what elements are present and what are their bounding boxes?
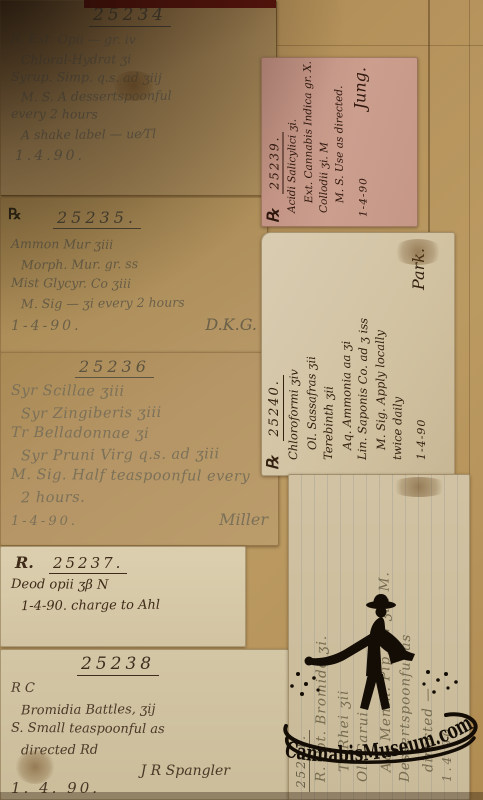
- prescription-number: 25237.: [49, 554, 128, 574]
- prescription-date: 1-4-90.: [11, 514, 78, 529]
- handwritten-line: Syr Zingiberis ʒiii: [21, 402, 272, 426]
- cannabis-museum-watermark: CannabisMuseum.com: [278, 588, 483, 788]
- handwritten-line: Morph. Mur. gr. ss: [21, 253, 261, 275]
- prescription-slip-25239-pink: ℞ 25239. Acidi Salicylici ʒi.Ext. Cannab…: [261, 57, 418, 227]
- handwritten-line: Syr Scillae ʒiii: [11, 381, 272, 404]
- rx-symbol: ℞: [263, 209, 282, 223]
- handwritten-line: Aq. Ammonia aa ʒi: [337, 244, 356, 450]
- pharmacist-signature: Miller: [219, 510, 268, 529]
- prescription-date: 1-4-90: [415, 419, 428, 460]
- watermark-text: CannabisMuseum.com: [283, 710, 477, 768]
- prescription-slip-25238: 25238 R CBromidia Battles, ʒijS. Small t…: [0, 649, 301, 800]
- handwritten-line: Ol. Sassafras ʒii: [302, 244, 321, 450]
- pharmacist-signature: Park.: [409, 248, 428, 290]
- page-crease-line: [276, 45, 483, 46]
- handwritten-line: M. Sig. Half teaspoonful every: [11, 465, 272, 488]
- pharmacist-signature: D.K.G.: [205, 315, 257, 334]
- prescription-body: Syr Scillae ʒiiiSyr Zingiberis ʒiiiTr Be…: [1, 380, 278, 510]
- prescription-slip-25240: ℞ 25240. Chloroformi ʒivOl. Sassafras ʒi…: [261, 232, 455, 476]
- prescription-body: Deod opii ʒβ N1-4-90. charge to Ahl: [1, 574, 245, 617]
- page-edge-shadow: [0, 792, 483, 800]
- handwritten-line: twice daily: [389, 244, 408, 460]
- pharmacist-signature: Jung.: [350, 67, 369, 109]
- handwritten-line: M. Sig. Apply locally: [371, 244, 390, 450]
- handwritten-line: Syr Pruni Virg q.s. ad ʒiii: [21, 444, 272, 468]
- torn-red-paper-fragment: [84, 0, 276, 8]
- handwritten-line: R C: [11, 679, 294, 702]
- prescription-number: 25238: [77, 654, 159, 676]
- prescription-date: 1-4-90: [357, 177, 369, 217]
- rx-symbol: ℞: [8, 205, 21, 223]
- handwritten-line: directed Rd: [21, 739, 294, 762]
- prescription-slip-25237: R. 25237. Deod opii ʒβ N1-4-90. charge t…: [0, 546, 246, 647]
- handwritten-line: Ext. Cannabis Indica gr. X.: [300, 67, 317, 203]
- handwritten-line: Terebinth ʒii: [320, 244, 339, 460]
- handwritten-line: A shake label — ue⁄Tl: [21, 123, 270, 144]
- handwritten-line: M. S. A dessertspoonful: [21, 86, 270, 107]
- handwritten-line: every 2 hours: [11, 105, 270, 126]
- handwritten-line: Acidi Salicylici ʒi.: [284, 67, 301, 213]
- prescription-number: 25240.: [267, 375, 284, 441]
- prescription-body: R. Ext. Opii — gr. ivChloral-Hydrat ʒiSy…: [1, 29, 276, 146]
- prescription-slip-25234: 25234 R. Ext. Opii — gr. ivChloral-Hydra…: [0, 0, 277, 196]
- handwritten-line: Mist Glycyr. Co ʒiii: [11, 273, 261, 295]
- handwritten-line: 2 hours.: [21, 486, 272, 510]
- prescription-slip-25236: 25236 Syr Scillae ʒiiiSyr Zingiberis ʒii…: [0, 352, 279, 546]
- handwritten-line: 1-4-90. charge to Ahl: [21, 594, 239, 616]
- handwritten-line: R. Ext. Opii — gr. iv: [11, 30, 270, 51]
- prescription-number: 25235.: [53, 208, 141, 229]
- rx-symbol: R.: [15, 553, 34, 572]
- prescription-date: 1-4-90.: [11, 318, 82, 334]
- rx-symbol: ℞: [263, 456, 282, 470]
- prescription-number: 25239.: [267, 132, 283, 194]
- prescription-number: 25236: [75, 357, 154, 378]
- prescription-number: 25234: [89, 5, 171, 27]
- handwritten-line: M. Sig — ʒi every 2 hours: [21, 292, 261, 314]
- handwritten-line: Tr Belladonnae ʒi: [11, 423, 272, 446]
- pharmacist-signature: J R Spangler: [141, 763, 230, 779]
- prescription-slip-25235: ℞ 25235. Ammon Mur ʒiiiMorph. Mur. gr. s…: [0, 197, 268, 353]
- prescription-body: Ammon Mur ʒiiiMorph. Mur. gr. ssMist Gly…: [1, 233, 267, 315]
- prescription-body: R CBromidia Battles, ʒijS. Small teaspoo…: [1, 678, 300, 763]
- handwritten-line: Deod opii ʒβ N: [11, 575, 239, 596]
- handwritten-line: Chloral-Hydrat ʒi: [21, 48, 270, 69]
- scrapbook-page: 25234 R. Ext. Opii — gr. ivChloral-Hydra…: [0, 0, 483, 800]
- prescription-body: Chloroformi ʒivOl. Sassafras ʒiiTerebint…: [284, 238, 409, 470]
- handwritten-line: Collodii ʒi. M: [316, 67, 333, 213]
- handwritten-line: M. S. Use as directed.: [332, 67, 349, 203]
- prescription-body: Acidi Salicylici ʒi.Ext. Cannabis Indica…: [283, 61, 350, 223]
- sower-figure-icon: [305, 594, 416, 710]
- prescription-date: 1.4.90.: [15, 148, 85, 164]
